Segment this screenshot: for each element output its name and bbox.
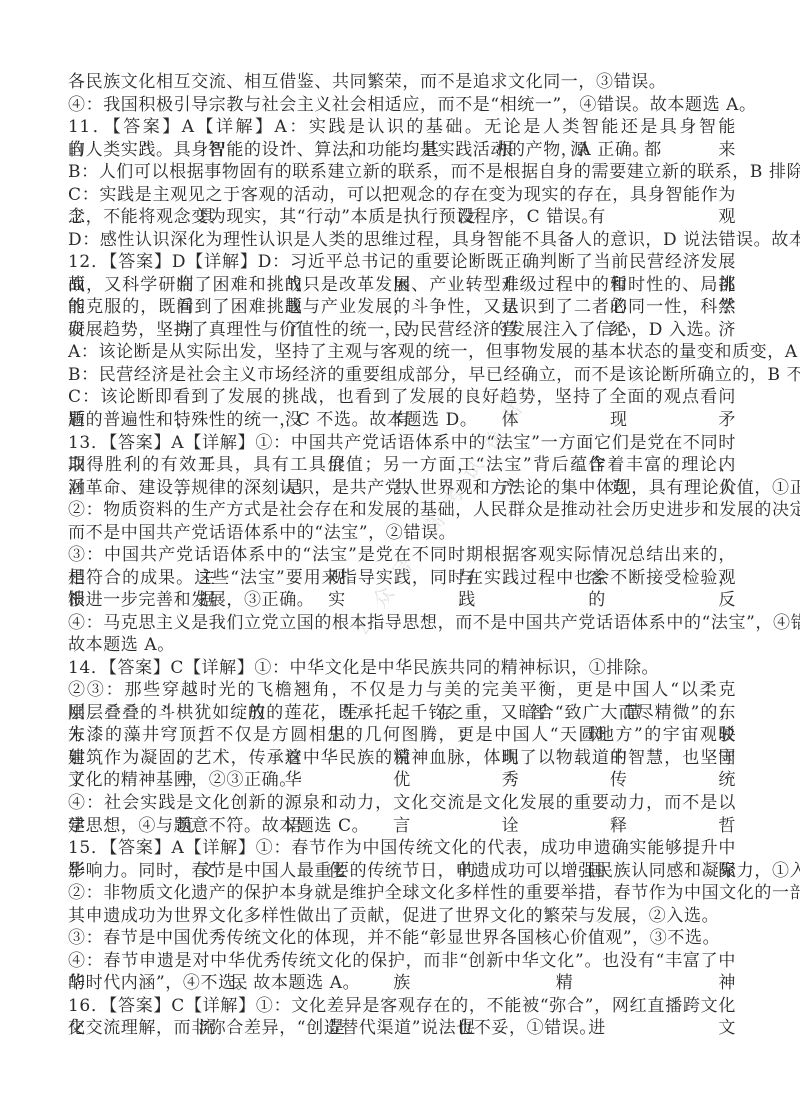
text-line: ③：中国共产党话语体系中的“法宝”是党在不同时期根据客观实际情况总结出来的，是主… [68,544,736,567]
text-line: 15．【答案】A【详解】①：春节作为中国传统文化的代表，成功申遗确实能够提升中华… [68,837,736,860]
text-line: 12．【答案】D【详解】D：习近平总书记的重要论断既正确判断了当前民营经济发展面… [68,251,736,274]
text-line: 建筑作为凝固的艺术，传承着中华民族的精神血脉，体现了以物载道的智慧，也坚守了中华… [68,747,736,770]
text-line: 层层叠叠的斗栱犹如绽放的莲花，既承托起千钧之重，又暗合“致广大而尽精微”的东方哲… [68,702,736,725]
text-line: 发展趋势，坚持了真理性与价值性的统一，为民营经济的发展注入了信心，D 入选。 [68,319,736,342]
text-line: 而不是中国共产党话语体系中的“法宝”，②错误。 [68,522,736,545]
text-line: 其申遗成功为世界文化多样性做出了贡献，促进了世界文化的繁荣与发展，②入选。 [68,905,736,928]
text-line: 13．【答案】A【详解】①：中国共产党话语体系中的“法宝”一方面它们是党在不同时… [68,432,736,455]
text-line: B：人们可以根据事物固有的联系建立新的联系，而不是根据自身的需要建立新的联系，B… [68,161,736,184]
text-line: ④：马克思主义是我们立党立国的根本指导思想，而不是中国共产党话语体系中的“法宝”… [68,612,736,635]
text-line: ④：社会实践是文化创新的源泉和动力，文化交流是文化发展的重要动力，而不是以建筑语… [68,792,736,815]
document-page: 各民族文化相互交流、相互借鉴、共同繁荣，而不是追求文化同一，③错误。④：我国积极… [68,71,736,1040]
text-line: 相符合的成果。这些“法宝”要用来指导实践，同时在实践过程中也会不断接受检验，根据… [68,567,736,590]
text-line: 能克服的，既看到了困难挑战与产业发展的斗争性，又认识到了二者的同一性，科学研判了… [68,296,736,319]
text-line: ④：我国积极引导宗教与社会主义社会相适应，而不是“相统一”，④错误。故本题选 A… [68,94,736,117]
text-line: C：实践是主观见之于客观的活动，可以把观念的存在变为现实的存在，具身智能作为工具… [68,184,736,207]
text-line: 16．【答案】C【详解】①：文化差异是客观存在的，不能被“弥合”，网红直播跨文化… [68,995,736,1018]
text-line: 朱漆的藻井穹顶，不仅是方圆相生的几何图腾，更是中国人“天圆地方”的宇宙观映射。这… [68,724,736,747]
text-line: C：该论断即看到了发展的挑战，也看到了发展的良好趋势，坚持了全面的观点看问题，没… [68,386,736,409]
text-line: 战，又科学研判了困难和挑战只是改革发展、产业转型升级过程中的暂时性的、局部的问题… [68,274,736,297]
text-line: ③：春节是中国优秀传统文化的体现，并不能“彰显世界各国核心价值观”，③不选。 [68,927,736,950]
text-line: ②：非物质文化遗产的保护本身就是维护全球文化多样性的重要举措，春节作为中国文化的… [68,882,736,905]
text-line: A：该论断是从实际出发，坚持了主观与客观的统一，但事物发展的基本状态的量变和质变… [68,341,736,364]
text-line: 各民族文化相互交流、相互借鉴、共同繁荣，而不是追求文化同一，③错误。 [68,71,736,94]
text-line: 14．【答案】C【详解】①：中华文化是中华民族共同的精神标识，①排除。 [68,657,736,680]
text-line: B：民营经济是社会主义市场经济的重要组成部分，早已经确立，而不是该论断所确立的，… [68,364,736,387]
text-line: 自人类实践。具身智能的设计、算法和功能均是实践活动的产物，A 正确。 [68,139,736,162]
text-line: 对革命、建设等规律的深刻认识，是共产党人世界观和方法论的集中体现，具有理论价值，… [68,477,736,500]
text-line: 故本题选 A。 [68,634,736,657]
text-line: 11．【答案】A【详解】A：实践是认识的基础。无论是人类智能还是具身智能的“智”… [68,116,736,139]
text-line: ②③：那些穿越时光的飞檐翘角，不仅是力与美的完美平衡，更是中国人“以柔克刚”的生… [68,679,736,702]
text-line: D：感性认识深化为理性认识是人类的思维过程，具身智能不具备人的意识，D 说法错误… [68,229,736,252]
text-line: ④：春节申遗是对中华优秀传统文化的保护，而非“创新中华文化”。也没有“丰富了中华… [68,950,736,973]
text-line: 影响力。同时，春节是中国人最重要的传统节日，申遗成功可以增强民族认同感和凝聚力，… [68,860,736,883]
text-line: 取得胜利的有效工具，具有工具价值；另一方面，“法宝”背后蕴含着丰富的理论内涵，是… [68,454,736,477]
text-line: ②：物质资料的生产方式是社会存在和发展的基础，人民群众是推动社会历史进步和发展的… [68,499,736,522]
